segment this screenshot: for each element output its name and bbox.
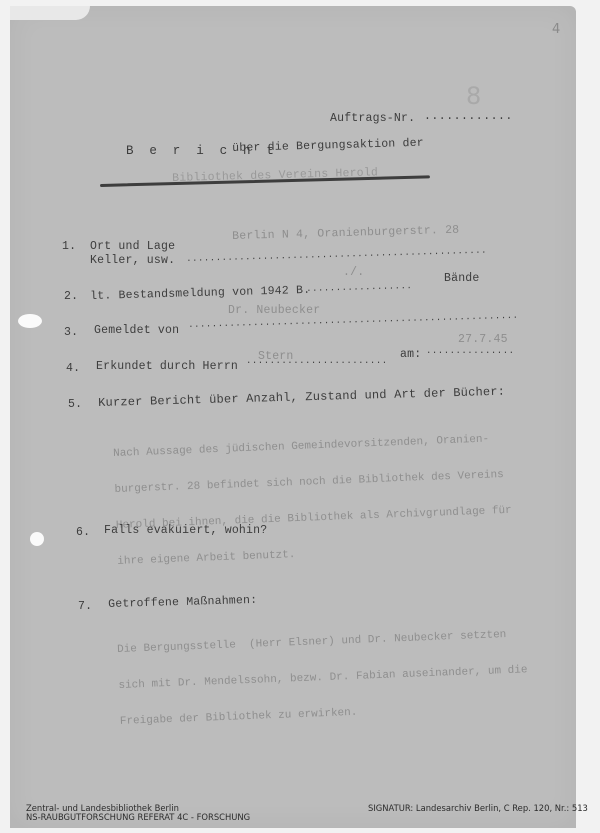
item-2-number: 2. — [64, 290, 78, 303]
item-3-value: Dr. Neubecker — [228, 304, 320, 317]
item-3-label: Gemeldet von — [94, 324, 179, 337]
item-4-date-value: 27.7.45 — [458, 333, 508, 346]
item-4-number: 4. — [66, 362, 80, 375]
item-5-text-line: Nach Aussage des jüdischen Gemeindevorsi… — [113, 433, 509, 460]
item-7-text: Die Bergungsstelle (Herr Elsner) und Dr.… — [116, 604, 530, 740]
page-number-mark: 4 — [552, 22, 560, 37]
item-7-number: 7. — [78, 600, 92, 613]
order-number-mark: 8 — [466, 82, 481, 110]
item-4-date-label: am: — [400, 348, 421, 361]
torn-edge — [10, 6, 90, 20]
item-4-date-dots: ............... — [426, 346, 515, 356]
punch-hole-top — [18, 314, 42, 328]
item-6-label: Falls evakuiert, wohin? — [104, 524, 267, 537]
item-2-suffix: Bände — [444, 272, 480, 285]
item-5-text: Nach Aussage des jüdischen Gemeindevorsi… — [112, 409, 514, 580]
footer-signatur: SIGNATUR: Landesarchiv Berlin, C Rep. 12… — [368, 804, 588, 813]
item-7-text-line: Freigabe der Bibliothek zu erwirken. — [120, 700, 529, 728]
item-7-text-line: sich mit Dr. Mendelssohn, bezw. Dr. Fabi… — [118, 664, 527, 692]
item-1-label-line2: Keller, usw. — [90, 254, 175, 267]
item-4-dots: ........................ — [246, 356, 388, 366]
item-4-label: Erkundet durch Herrn — [96, 360, 238, 373]
auftrags-label: Auftrags-Nr. — [330, 112, 415, 125]
auftrags-dots: ............ — [424, 110, 513, 123]
punch-hole-bottom — [30, 532, 44, 546]
item-1-label-line1: Ort und Lage — [90, 240, 175, 253]
footer-institution-line2: NS-RAUBGUTFORSCHUNG REFERAT 4C - FORSCHU… — [26, 813, 250, 822]
item-5-number: 5. — [68, 398, 82, 411]
item-5-text-line: ihre eigene Arbeit benutzt. — [117, 541, 513, 568]
item-6-number: 6. — [76, 526, 90, 539]
item-5-text-line: burgerstr. 28 befindet sich noch die Bib… — [114, 469, 510, 496]
item-2-value: ./. — [343, 266, 364, 279]
item-3-number: 3. — [64, 326, 78, 339]
item-1-number: 1. — [62, 240, 76, 253]
footer-institution: Zentral- und Landesbibliothek Berlin NS-… — [26, 804, 250, 822]
item-7-text-line: Die Bergungsstelle (Herr Elsner) und Dr.… — [117, 628, 526, 656]
